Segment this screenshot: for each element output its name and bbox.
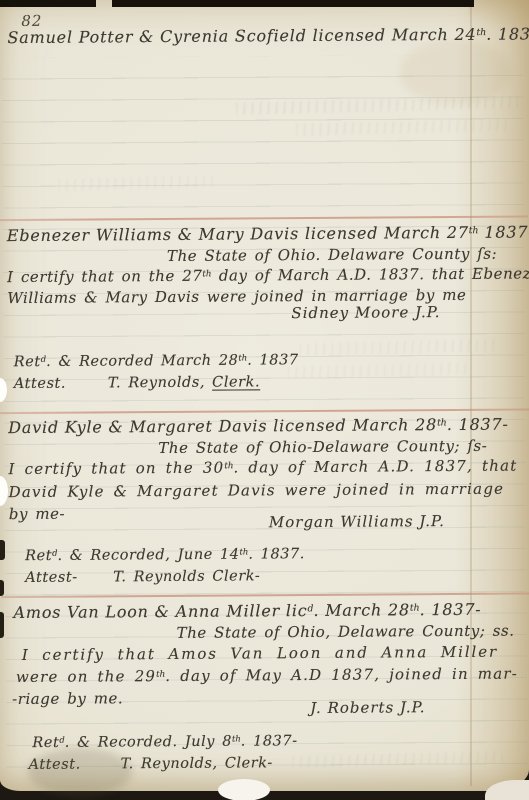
- certification-line: I certify that on the 27th day of March …: [7, 264, 529, 286]
- justice-signature: J. Roberts J.P.: [310, 698, 425, 717]
- certification-line: -riage by me.: [12, 689, 123, 708]
- attest-line: Attest. T. Reynolds, Clerk.: [14, 372, 529, 396]
- recorded-line: Retd. & Recorded March 28th. 1837: [14, 352, 299, 370]
- binding-mark: [0, 580, 4, 596]
- clerk-signature: T. Reynolds, Clerk.: [108, 374, 260, 391]
- record-heading: Ebenezer Williams & Mary Davis licensed …: [7, 222, 529, 245]
- marriage-record-williams-davis: Ebenezer Williams & Mary Davis licensed …: [0, 216, 529, 410]
- binding-mark: [0, 540, 5, 560]
- record-heading: David Kyle & Margaret Davis licensed Mar…: [8, 415, 509, 437]
- certification-line: by me-: [9, 505, 65, 523]
- binding-mark: [0, 612, 4, 638]
- state-county-line: The State of Ohio. Delaware County ſs:: [167, 245, 497, 265]
- justice-signature: Sidney Moore J.P.: [291, 303, 440, 322]
- certification-line: I certify that on the 30th. day of March…: [8, 457, 517, 479]
- attest-label: Attest.: [14, 376, 66, 392]
- certification-line: I certify that Amos Van Loon and Anna Mi…: [22, 643, 498, 664]
- certification-line: were on the 29th. day of May A.D 1837, j…: [16, 665, 518, 687]
- marriage-record-kyle-davis: David Kyle & Margaret Davis licensed Mar…: [0, 409, 529, 595]
- clerk-signature: T. Reynolds Clerk-: [113, 568, 260, 585]
- page-content: 82 Samuel Potter & Cyrenia Scofield lice…: [0, 0, 529, 791]
- state-county-line: The State of Ohio-Delaware County; ſs-: [158, 437, 487, 457]
- bottom-edge-tear: [218, 779, 270, 800]
- justice-signature: Morgan Williams J.P.: [269, 512, 445, 531]
- record-heading: Amos Van Loon & Anna Miller licd. March …: [13, 600, 481, 622]
- clerk-name: T. Reynolds,: [108, 375, 205, 392]
- clerk-title: Clerk.: [212, 374, 260, 390]
- paper-discoloration: [400, 40, 510, 104]
- scanned-ledger-page: { "page": { "number": "82", "description…: [0, 0, 529, 800]
- recorded-line: Retd. & Recorded, June 14th. 1837.: [25, 546, 305, 564]
- attest-line: Attest- T. Reynolds Clerk-: [25, 566, 529, 590]
- attest-label: Attest-: [25, 570, 78, 586]
- certification-line: David Kyle & Margaret Davis were joined …: [9, 480, 505, 501]
- state-county-line: The State of Ohio, Delaware County; ss.: [177, 622, 515, 642]
- clerk-signature: T. Reynolds, Clerk-: [120, 755, 272, 772]
- ink-smudge-stain: [28, 748, 132, 796]
